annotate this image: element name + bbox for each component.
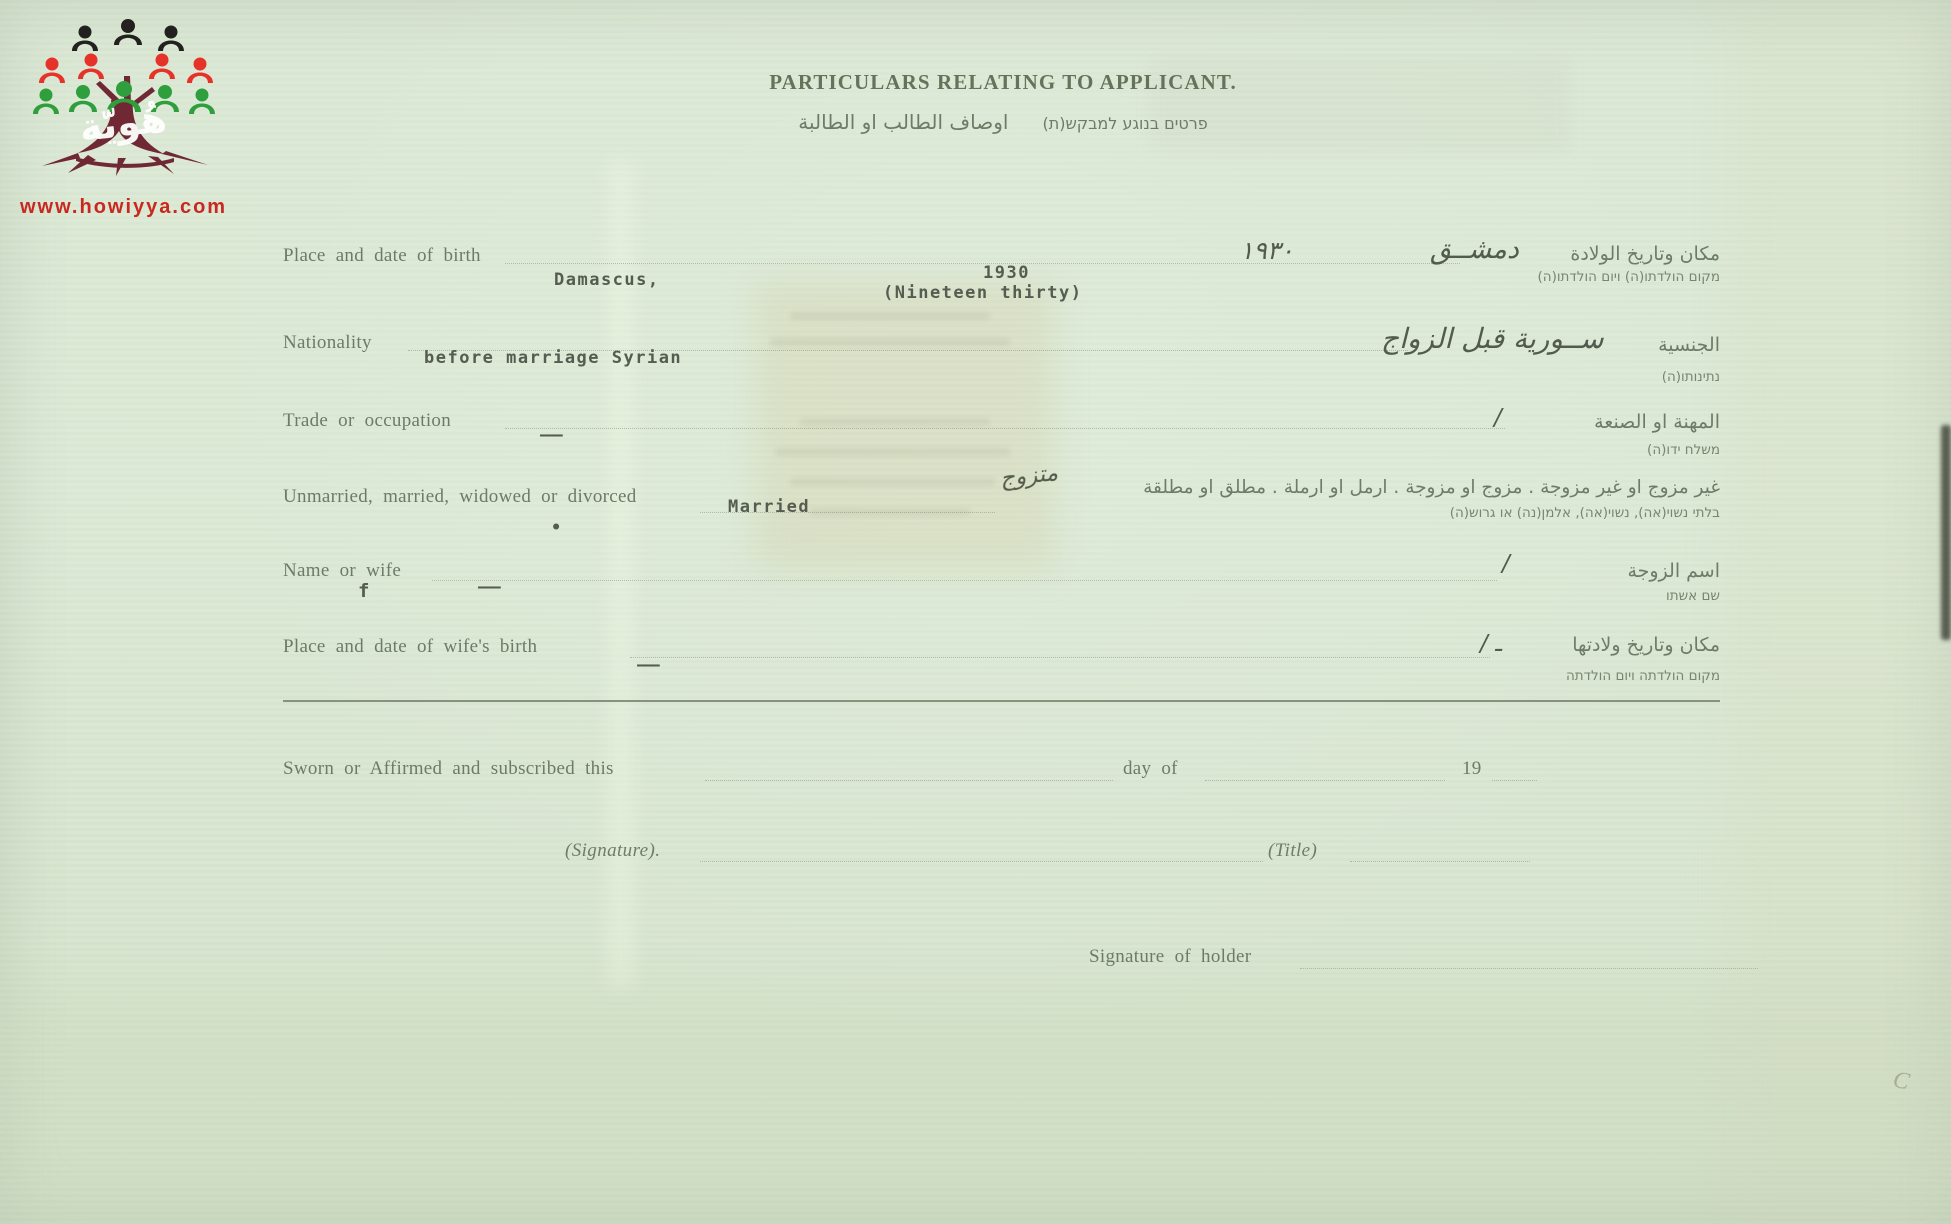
bleed-text-line: [800, 418, 990, 426]
field-label-wife-name-he: שם אשתו: [1666, 588, 1720, 604]
year-prefix: 19: [1462, 758, 1482, 780]
dotted-line: [1205, 780, 1445, 781]
dotted-line: [1492, 780, 1537, 781]
handwriting-wife-birth: ـ /: [1480, 631, 1502, 657]
handwriting-trade: /: [1494, 405, 1502, 431]
typed-wife-name-dashes: ———: [478, 577, 497, 597]
day-of-text: day of: [1123, 758, 1178, 780]
section-divider: [283, 700, 1720, 702]
field-label-birth-en: Place and date of birth: [283, 245, 481, 267]
field-label-marital-ar: غير مزوج او غير مزوجة . مزوج او مزوجة . …: [1143, 477, 1720, 498]
holder-signature-label: Signature of holder: [1089, 946, 1251, 968]
page-subtitle-arabic: اوصاف الطالب او الطالبة: [798, 110, 1008, 134]
typed-birth-year: 1930: [983, 263, 1030, 283]
sworn-statement-text: Sworn or Affirmed and subscribed this: [283, 758, 614, 780]
field-label-nationality-ar: الجنسية: [1658, 334, 1720, 356]
field-label-marital-he: בלתי נשוי(אה), נשוי(אה), אלמן(נה) או גרו…: [1450, 505, 1720, 521]
handwriting-wife-name: /: [1502, 551, 1510, 577]
dotted-line: [1300, 968, 1758, 969]
typed-wife-birth-dashes: ———: [637, 655, 656, 675]
scanned-paper-background: [0, 0, 1951, 1224]
field-label-wife-birth-he: מקום הולדתה ויום הולדתה: [1566, 668, 1720, 684]
typed-nationality: before marriage Syrian: [424, 348, 682, 368]
field-label-wife-name-en: Name or wife: [283, 560, 401, 582]
field-label-trade-he: משלח ידו(ה): [1647, 442, 1720, 458]
typed-birth-year-words: (Nineteen thirty): [883, 283, 1083, 303]
page-subtitle: اوصاف الطالب او الطالبة פרטים בנוגע למבק…: [748, 110, 1258, 134]
howiyya-logo: هُويّة: [28, 8, 223, 194]
field-label-wife-birth-ar: مكان وتاريخ ولادتها: [1572, 634, 1720, 656]
dotted-line: [1350, 861, 1530, 862]
field-label-birth-he: מקום הולדתו(ה) ויום הולדתו(ה): [1538, 269, 1720, 285]
handwriting-nationality: ســورية قبل الزواج: [1381, 322, 1604, 355]
dotted-line: [505, 428, 1505, 429]
dotted-line: [700, 861, 1263, 862]
dotted-line: [630, 657, 1490, 658]
field-label-marital-en: Unmarried, married, widowed or divorced: [283, 486, 637, 508]
handwriting-birth-year: ١٩٣٠: [1240, 236, 1294, 265]
field-label-trade-en: Trade or occupation: [283, 410, 451, 432]
signature-label: (Signature).: [565, 840, 660, 862]
page-title: PARTICULARS RELATING TO APPLICANT.: [748, 70, 1258, 95]
field-label-birth-ar: مكان وتاريخ الولادة: [1570, 243, 1720, 265]
typed-marital: Married: [728, 497, 810, 517]
typed-trade-dashes: ———: [540, 425, 559, 445]
typed-wife-name-correction: f: [358, 580, 371, 602]
bleed-text-line: [790, 478, 995, 486]
logo-people-black-row: [72, 19, 184, 51]
logo-calligraphy: هُويّة: [77, 96, 169, 150]
bleed-text-line: [775, 448, 1010, 456]
bleed-text-line: [770, 338, 1010, 346]
typed-stray-dot: •: [551, 518, 563, 538]
title-label: (Title): [1268, 840, 1317, 862]
field-label-nationality-he: נתינותו(ה): [1662, 369, 1720, 385]
watermark-site-url: www.howiyya.com: [20, 196, 227, 219]
field-label-wife-birth-en: Place and date of wife's birth: [283, 636, 537, 658]
handwriting-birth-place: دمشــق: [1430, 234, 1519, 265]
dotted-line: [432, 580, 1497, 581]
field-label-trade-ar: المهنة او الصنعة: [1594, 411, 1720, 433]
bleed-text-line: [790, 312, 990, 320]
field-label-nationality-en: Nationality: [283, 332, 372, 354]
page-subtitle-hebrew: פרטים בנוגע למבקש(ת): [1042, 114, 1207, 133]
field-label-wife-name-ar: اسم الزوجة: [1627, 560, 1720, 582]
dotted-line: [705, 780, 1113, 781]
typed-birth-place: Damascus,: [554, 270, 660, 290]
